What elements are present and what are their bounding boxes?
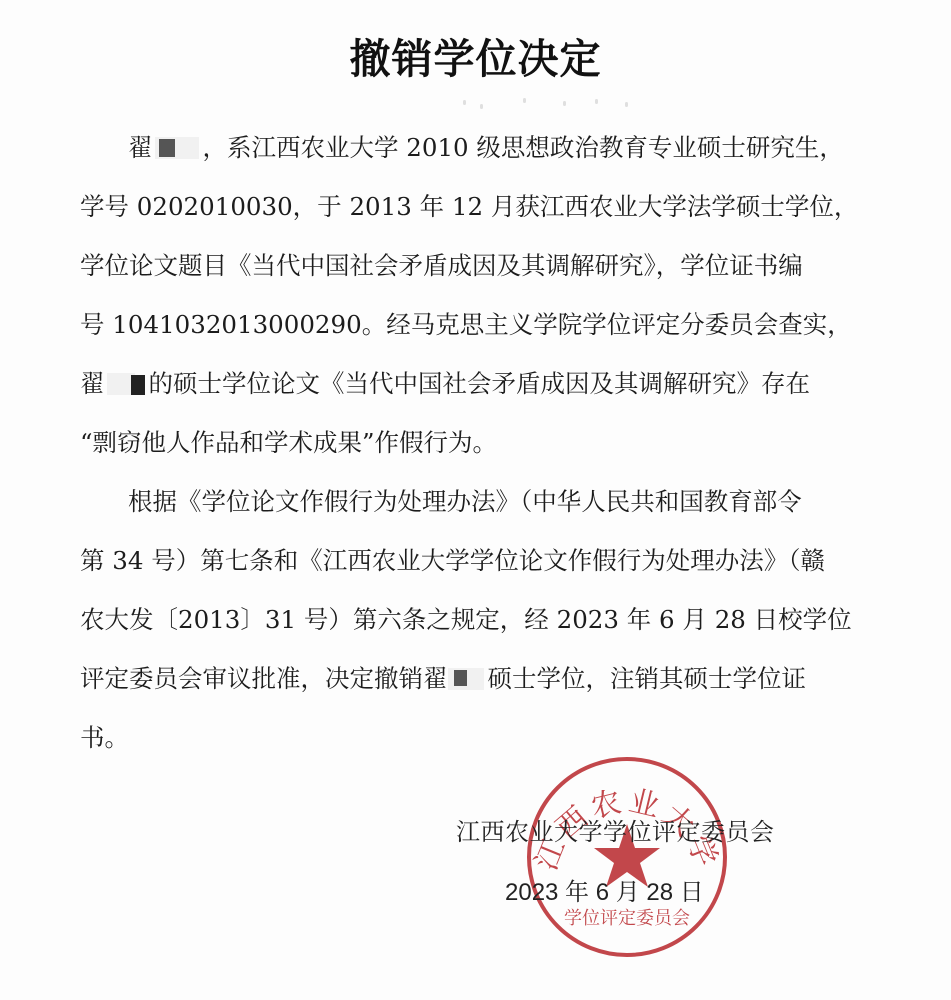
paragraph-2-line-4: 评定委员会审议批准，决定撤销翟硕士学位，注销其硕士学位证	[80, 649, 880, 708]
paragraph-1-line-1: 翟，系江西农业大学 2010 级思想政治教育专业硕士研究生，	[80, 118, 880, 177]
paragraph-1-line-6: “剽窃他人作品和学术成果”作假行为。	[80, 413, 880, 472]
paragraph-2-line-3: 农大发〔2013〕31 号）第六条之规定，经 2023 年 6 月 28 日校学…	[80, 590, 880, 649]
paragraph-2-line-5: 书。	[80, 708, 880, 767]
paragraph-1-line-4: 号 1041032013000290。经马克思主义学院学位评定分委员会查实，	[80, 295, 880, 354]
paragraph-1-line-5: 翟的硕士学位论文《当代中国社会矛盾成因及其调解研究》存在	[80, 354, 880, 413]
document-title: 撤销学位决定	[0, 26, 951, 85]
name-prefix: 翟	[80, 369, 105, 398]
name-prefix: 翟	[128, 133, 153, 162]
scan-artifacts	[455, 96, 655, 110]
redacted-name	[105, 373, 149, 395]
issue-date: 2023 年 6 月 28 日	[505, 872, 704, 907]
document-body: 翟，系江西农业大学 2010 级思想政治教育专业硕士研究生， 学号 020201…	[80, 118, 880, 767]
paragraph-2-line-1: 根据《学位论文作假行为处理办法》（中华人民共和国教育部令	[80, 472, 880, 531]
issuing-organization: 江西农业大学学位评定委员会	[456, 812, 775, 847]
paragraph-1-line-2: 学号 0202010030，于 2013 年 12 月获江西农业大学法学硕士学位…	[80, 177, 880, 236]
redacted-name	[153, 137, 203, 159]
redacted-name	[448, 668, 488, 690]
official-seal-icon: 江西农业大学 学位评定委员会	[522, 752, 732, 962]
paragraph-2-line-2: 第 34 号）第七条和《江西农业大学学位论文作假行为处理办法》（赣	[80, 531, 880, 590]
paragraph-1-line-3: 学位论文题目《当代中国社会矛盾成因及其调解研究》，学位证书编	[80, 236, 880, 295]
document-page: 撤销学位决定 翟，系江西农业大学 2010 级思想政治教育专业硕士研究生， 学号…	[0, 0, 951, 1000]
svg-text:学位评定委员会: 学位评定委员会	[564, 908, 690, 929]
